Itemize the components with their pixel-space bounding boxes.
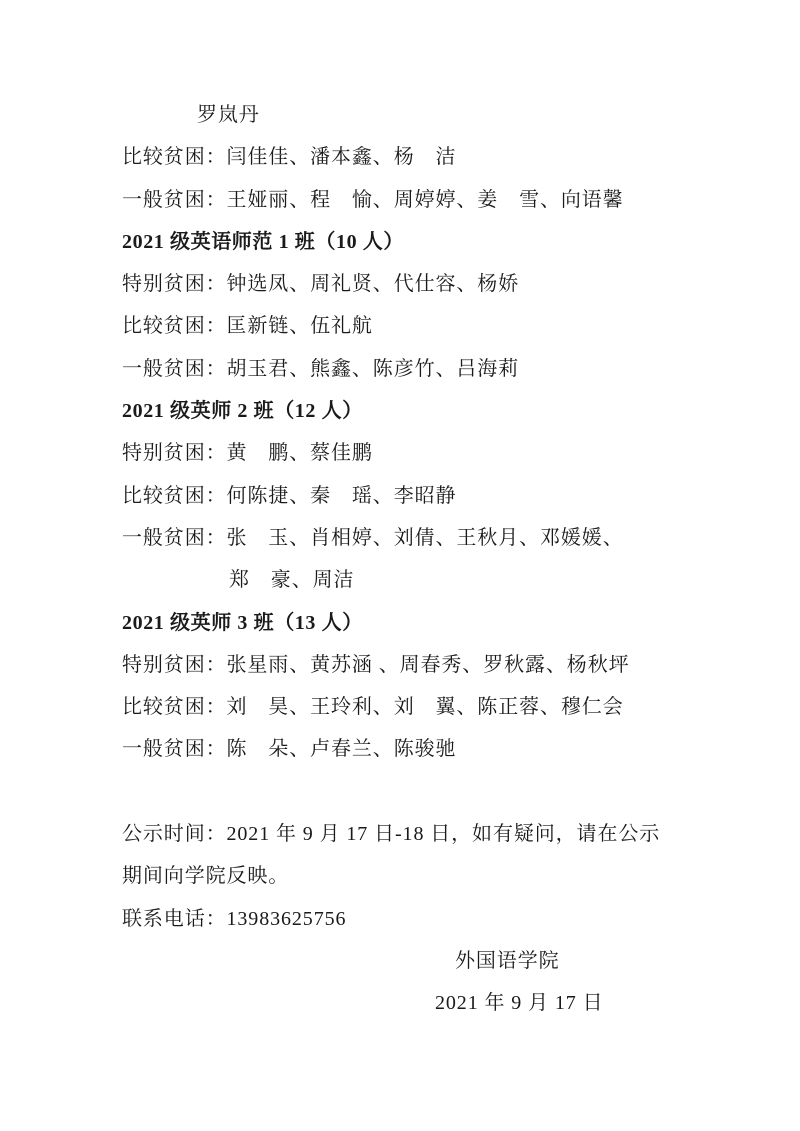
document-page: 罗岚丹比较贫困：闫佳佳、潘本鑫、杨 洁一般贫困：王娅丽、程 愉、周婷婷、姜 雪、… (0, 0, 800, 1131)
text-line: 一般贫困：张 玉、肖相婷、刘倩、王秋月、邓媛媛、 (122, 517, 702, 559)
text-line: 比较贫困：何陈捷、秦 瑶、李昭静 (122, 475, 702, 517)
signature-org: 外国语学院 (122, 940, 702, 982)
text-line: 特别贫困：张星雨、黄苏涵 、周春秀、罗秋露、杨秋坪 (122, 644, 702, 686)
text-line: 一般贫困：王娅丽、程 愉、周婷婷、姜 雪、向语馨 (122, 179, 702, 221)
signature-date: 2021 年 9 月 17 日 (122, 982, 702, 1024)
text-line: 比较贫困：刘 昊、王玲利、刘 翼、陈正蓉、穆仁会 (122, 686, 702, 728)
text-line: 期间向学院反映。 (122, 855, 702, 897)
text-line: 比较贫困：闫佳佳、潘本鑫、杨 洁 (122, 136, 702, 178)
document-body: 罗岚丹比较贫困：闫佳佳、潘本鑫、杨 洁一般贫困：王娅丽、程 愉、周婷婷、姜 雪、… (122, 94, 702, 1025)
text-line: 特别贫困：钟选凤、周礼贤、代仕容、杨娇 (122, 263, 702, 305)
text-line: 联系电话：13983625756 (122, 898, 702, 940)
class-heading: 2021 级英语师范 1 班（10 人） (122, 221, 702, 263)
text-line: 一般贫困：陈 朵、卢春兰、陈骏驰 (122, 728, 702, 770)
text-line: 特别贫困：黄 鹏、蔡佳鹏 (122, 432, 702, 474)
class-heading: 2021 级英师 2 班（12 人） (122, 390, 702, 432)
text-line: 一般贫困：胡玉君、熊鑫、陈彦竹、吕海莉 (122, 348, 702, 390)
text-line: 公示时间：2021 年 9 月 17 日-18 日，如有疑问，请在公示 (122, 813, 702, 855)
class-heading: 2021 级英师 3 班（13 人） (122, 602, 702, 644)
continuation-line: 郑 豪、周洁 (122, 559, 702, 601)
text-line: 比较贫困：匡新链、伍礼航 (122, 305, 702, 347)
blank-line (122, 771, 702, 813)
continuation-line: 罗岚丹 (122, 94, 702, 136)
